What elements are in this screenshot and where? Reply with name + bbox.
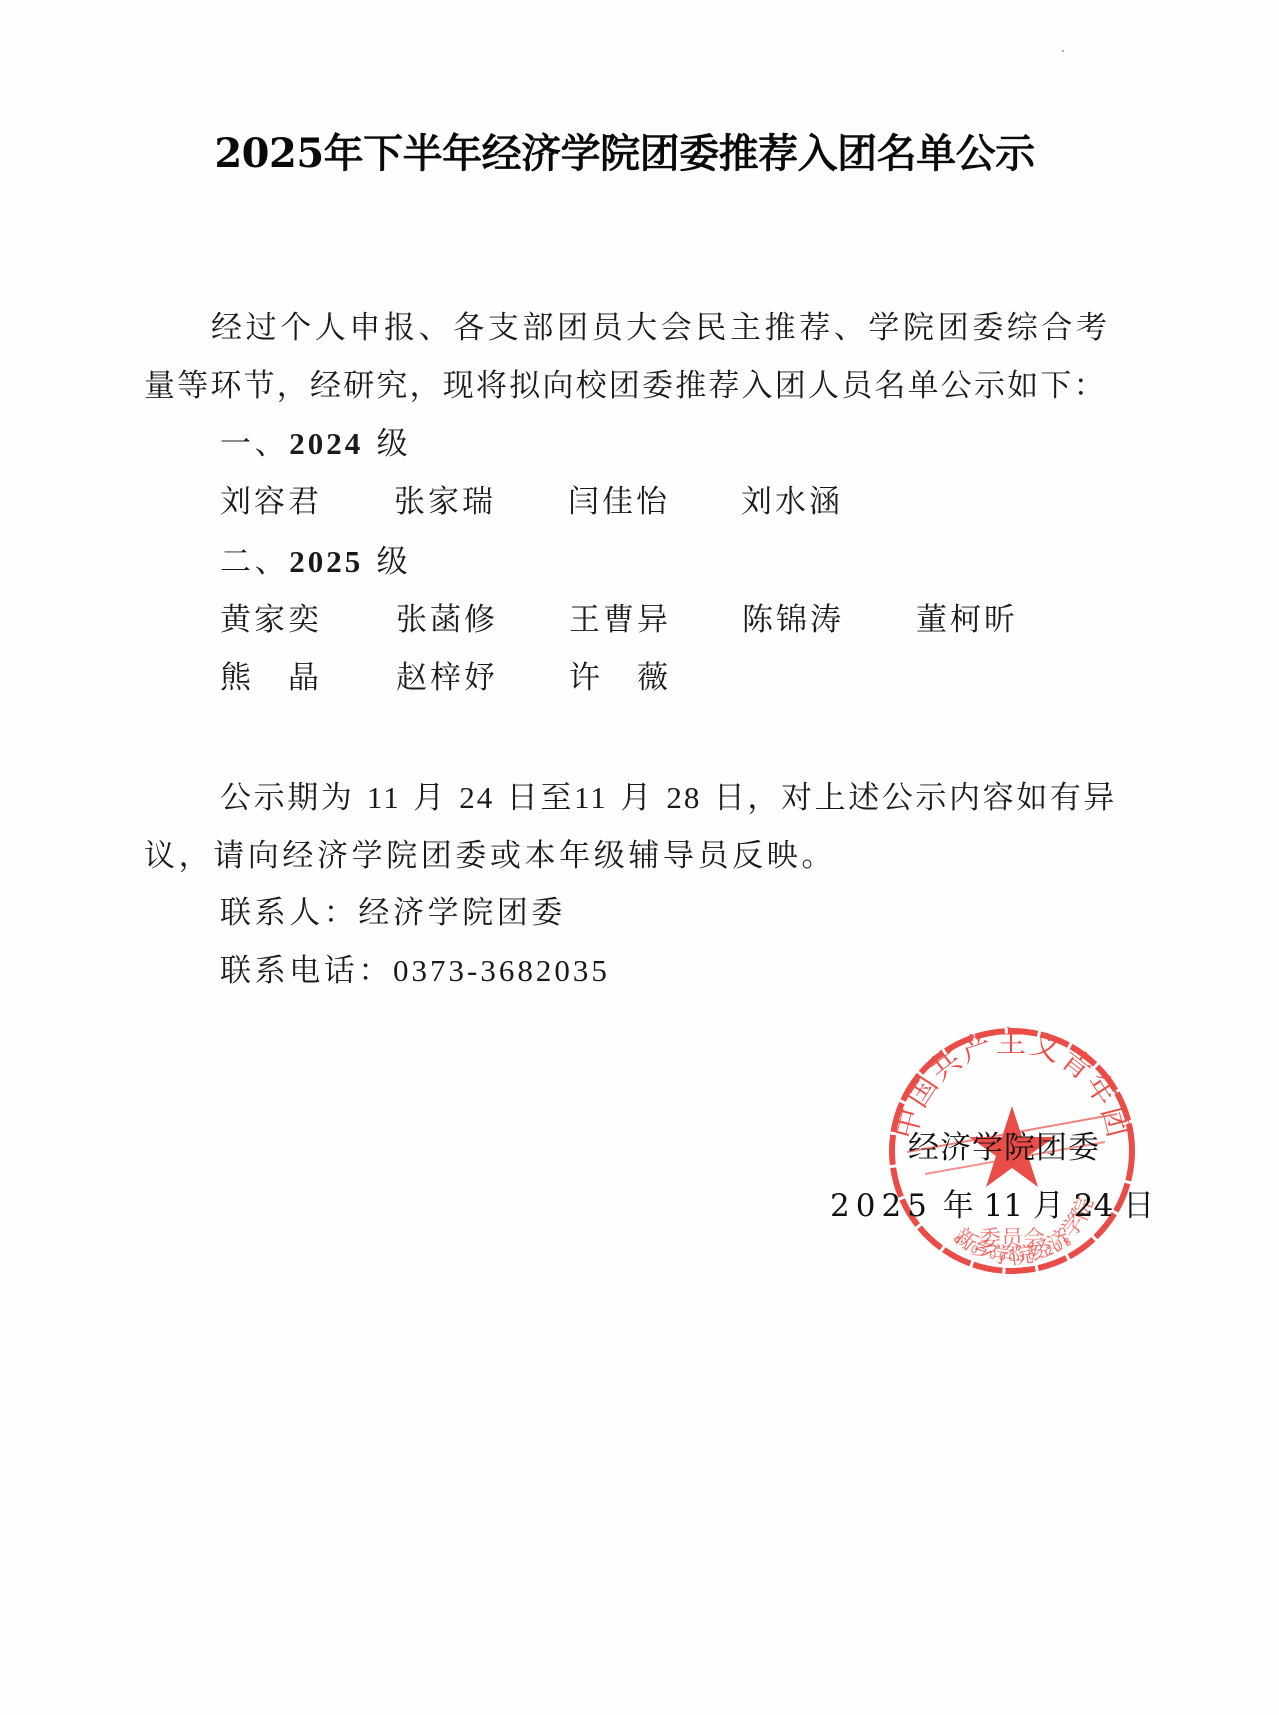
name-item: 刘水涵 bbox=[741, 482, 843, 522]
name-item: 张家瑞 bbox=[394, 482, 496, 522]
month-char: 月 bbox=[1033, 1188, 1064, 1224]
contact-person: 联系人：经济学院团委 bbox=[220, 893, 566, 933]
end-day: 28 bbox=[666, 780, 701, 815]
name-item: 董柯昕 bbox=[916, 600, 1018, 640]
name-item: 闫佳怡 bbox=[568, 482, 670, 522]
notice-line-1: 公示期为 11 月 24 日至11 月 28 日，对上述公示内容如有异 bbox=[220, 778, 1117, 818]
name-item: 王曹异 bbox=[569, 600, 671, 640]
day-char: 日至 bbox=[507, 780, 574, 816]
name-item: 赵梓妤 bbox=[396, 658, 498, 698]
month-char: 月 bbox=[620, 780, 654, 816]
contact-person-label: 联系人： bbox=[220, 895, 358, 931]
signature-month: 11 bbox=[984, 1188, 1023, 1224]
contact-phone-value: 0373-3682035 bbox=[393, 953, 610, 988]
intro-line-2: 量等环节，经研究，现将拟向校团委推荐入团人员名单公示如下： bbox=[144, 366, 1107, 406]
contact-person-value: 经济学院团委 bbox=[358, 895, 566, 931]
contact-phone-label: 联系电话： bbox=[220, 953, 393, 989]
notice-text: 公示期为 bbox=[220, 780, 354, 816]
section-heading-2025: 二、2025 级 bbox=[220, 542, 411, 582]
intro-line-1: 经过个人申报、各支部团员大会民主推荐、学院团委综合考 bbox=[211, 308, 1111, 348]
month-char: 月 bbox=[413, 780, 447, 816]
document-page: 2025年下半年经济学院团委推荐入团名单公示 经过个人申报、各支部团员大会民主推… bbox=[0, 0, 1279, 1715]
signature-day: 24 bbox=[1074, 1188, 1113, 1224]
signature-date: 2025 年 11 月 24 日 bbox=[830, 1186, 1154, 1226]
notice-text: 日，对上述公示内容如有异 bbox=[714, 780, 1117, 816]
section-year: 2024 bbox=[289, 426, 363, 461]
section-prefix: 二、 bbox=[220, 544, 289, 580]
start-month: 11 bbox=[367, 780, 401, 815]
name-item: 张菡修 bbox=[396, 600, 498, 640]
day-char: 日 bbox=[1123, 1188, 1154, 1224]
year-char: 年 bbox=[943, 1188, 974, 1224]
signature-year: 2025 bbox=[830, 1188, 933, 1224]
end-month: 11 bbox=[574, 780, 608, 815]
signature-org: 经济学院团委 bbox=[908, 1128, 1100, 1168]
name-item: 许 薇 bbox=[569, 658, 671, 698]
section-heading-2024: 一、2024 级 bbox=[220, 424, 411, 464]
start-day: 24 bbox=[459, 780, 494, 815]
document-title: 2025年下半年经济学院团委推荐入团名单公示 bbox=[0, 126, 1279, 182]
contact-phone: 联系电话：0373-3682035 bbox=[220, 951, 610, 991]
section-prefix: 一、 bbox=[220, 426, 289, 462]
name-item: 刘容君 bbox=[220, 482, 322, 522]
section-suffix: 级 bbox=[377, 426, 412, 462]
scan-speck bbox=[1062, 50, 1064, 52]
section-year: 2025 bbox=[289, 544, 363, 579]
name-item: 黄家奕 bbox=[220, 600, 322, 640]
notice-line-2: 议，请向经济学院团委或本年级辅导员反映。 bbox=[144, 836, 836, 876]
section-suffix: 级 bbox=[377, 544, 412, 580]
name-item: 陈锦涛 bbox=[742, 600, 844, 640]
name-item: 熊 晶 bbox=[220, 658, 322, 698]
